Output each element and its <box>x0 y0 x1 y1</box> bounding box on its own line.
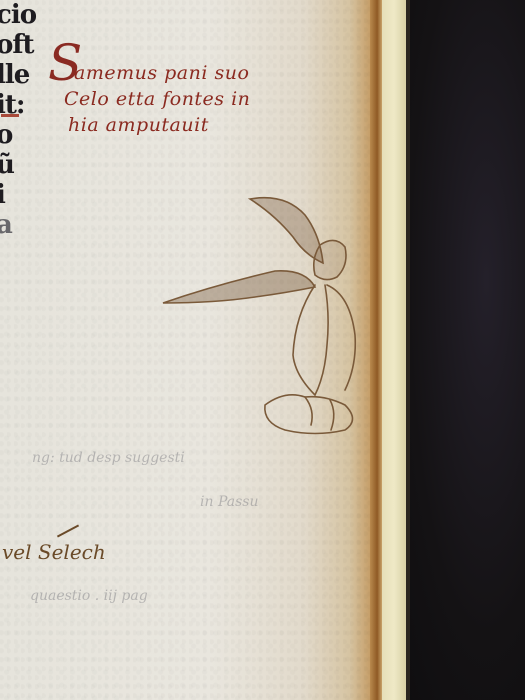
rubric-line: hia amputauit <box>68 114 209 136</box>
bleedthrough-text: ng: tud desp suggesti <box>32 450 185 466</box>
marginal-note: vel Selech <box>2 540 106 564</box>
left-fragment: oft <box>0 30 36 60</box>
dark-background <box>395 0 525 700</box>
manuscript-page: cio oft lle it: o ũ i a S amemus pani su… <box>0 0 380 700</box>
rubric-mark <box>1 114 19 117</box>
left-fragment: o <box>0 120 36 150</box>
binding-strip <box>382 0 406 700</box>
bleedthrough-text: in Passu <box>200 494 258 510</box>
left-column-text: cio oft lle it: o ũ i a <box>0 0 36 240</box>
marginal-note-text: vel Selech <box>2 540 106 564</box>
page-edge <box>370 0 382 700</box>
left-fragment: cio <box>0 0 36 30</box>
left-fragment: lle <box>0 60 36 90</box>
angel-drawing-icon <box>155 185 385 445</box>
bleedthrough-text: quaestio . iij pag <box>30 588 148 604</box>
left-fragment: ũ <box>0 150 36 180</box>
binding-gap <box>406 0 410 700</box>
left-fragment: a <box>0 210 36 240</box>
rubric-line: amemus pani suo <box>74 62 249 84</box>
rubric-line: Celo etta fontes in <box>64 88 250 110</box>
left-fragment: i <box>0 180 36 210</box>
